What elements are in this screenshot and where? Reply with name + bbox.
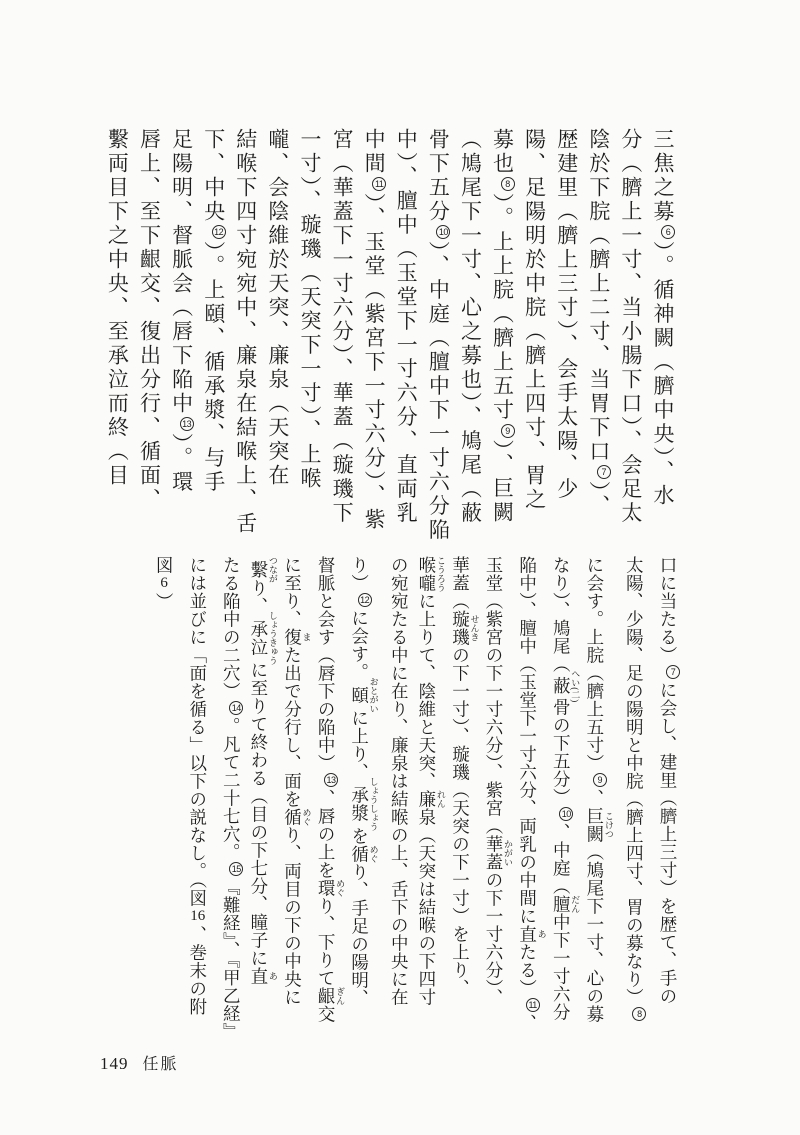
note-number-marker: 11 — [526, 998, 540, 1012]
text-run: 、 — [585, 789, 605, 807]
text-run: た出で分行し、面を — [282, 646, 302, 808]
text-run: たる） — [518, 943, 538, 997]
text-run: 中）、膻中（玉堂下一寸六分、直両乳 — [394, 128, 418, 526]
text-run: 中間 — [362, 128, 386, 176]
book-page: { "footer": { "page_number": "149", "cha… — [0, 0, 800, 1135]
text-run: に上りて、陰維と天突、 — [417, 592, 437, 790]
text-run: り、下りて — [316, 897, 336, 987]
note-number-marker: 7 — [597, 465, 611, 479]
note-number-marker: 15 — [229, 862, 243, 876]
text-column-12: 一寸）、璇璣（天突下一寸）、上喉 — [293, 128, 325, 558]
text-run: の下一寸六分）、 — [484, 871, 504, 1006]
text-run: り） — [350, 556, 370, 592]
text-column-2: 分（臍上一寸、当小腸下口）、会足太 — [614, 128, 646, 558]
text-column-8: 喉嚨こうろうに上りて、陰維と天突、廉れん泉（天突は結喉の下四寸 — [412, 556, 446, 1066]
ruby-annotated-text: 循めぐ — [350, 845, 370, 863]
text-column-12: に至り、復また出で分行し、面を循めぐり、両目の下の中央に — [278, 556, 312, 1066]
ruby-annotated-text: 璇璣せんき — [450, 610, 470, 646]
text-run: ）。上頤、循承漿、与手 — [202, 241, 226, 495]
text-run: 陽、足陽明於中脘（臍上四寸、胃之 — [523, 128, 547, 512]
ruby-annotated-text: 華蓋かがい — [484, 835, 504, 871]
ruby-annotated-text: 復ま — [282, 628, 302, 646]
text-run: （鳩尾下一寸、心の募 — [585, 843, 605, 1023]
kanbun-text-block: 三焦之募6）。循神闕（臍中央）、水分（臍上一寸、当小腸下口）、会足太陰於下脘（臍… — [100, 128, 678, 560]
text-run: に至りて終わる（目の下七分、瞳子に — [249, 661, 269, 967]
text-run: 宮（華蓋下一寸六分）、華蓋（璇璣下 — [330, 128, 354, 526]
text-run: 太陽、少陽、足の陽明と中脘（臍上四寸、胃の募なり） — [624, 556, 644, 1006]
text-column-10: り）12に会す。頤おとがいに上り、承漿しょうしょうを循めぐり、手足の陽明、 — [345, 556, 379, 1066]
chapter-title: 任脈 — [143, 1056, 179, 1073]
note-number-marker: 9 — [593, 773, 607, 787]
text-run: （鳩尾下一寸、心之募也）、鳩尾（蔽 — [458, 128, 482, 526]
note-number-marker: 9 — [501, 424, 515, 438]
text-run: 陥中）、膻中（玉堂下一寸六分、両乳の中間に — [518, 556, 538, 925]
note-number-marker: 6 — [661, 225, 675, 239]
text-run: 泉（天突は結喉の下四寸 — [417, 808, 437, 1006]
text-column-1: 口に当たる）7に会し、建里（臍上三寸）を歴て、手の — [647, 556, 681, 1066]
text-column-3: に会す。上脘（臍上五寸）9、巨闕こけつ（鳩尾下一寸、心の募 — [580, 556, 614, 1066]
note-number-marker: 14 — [229, 701, 243, 715]
note-number-marker: 12 — [358, 593, 372, 607]
text-run: 歴建里（臍上三寸）、会手太陽、少 — [555, 128, 579, 502]
text-run: 交 — [316, 1005, 336, 1023]
text-column-11: 督脈と会す（唇下の陥中）13、唇の上を環めぐり、下りて齦ぎん交 — [311, 556, 345, 1066]
text-run: に会す。上脘（臍上五寸） — [585, 556, 605, 772]
note-number-marker: 13 — [180, 417, 194, 431]
text-run: 、中庭（ — [551, 823, 571, 895]
text-column-7: （鳩尾下一寸、心之募也）、鳩尾（蔽 — [453, 128, 485, 558]
text-run: 玉堂（紫宮の下一寸六分）、紫宮（ — [484, 556, 504, 835]
text-column-9: の宛宛たる中に在り、廉泉は結喉の上、舌下の中央に在 — [379, 556, 413, 1066]
text-run: 骨の下五分） — [551, 698, 571, 806]
text-run: ）。環 — [170, 433, 194, 495]
text-run: 。凡て二十七穴。 — [221, 717, 241, 861]
text-run: ）、巨闕 — [491, 440, 515, 526]
text-run: 足陽明、督脈会（唇下陥中 — [170, 128, 194, 416]
note-number-marker: 13 — [324, 773, 338, 787]
text-run: 骨下五分 — [426, 128, 450, 224]
ruby-annotated-text: 繫つなが — [249, 556, 269, 579]
yomikudashi-text-block: 口に当たる）7に会し、建里（臍上三寸）を歴て、手の太陽、少陽、足の陽明と中脘（臍… — [143, 556, 681, 1068]
text-column-14: 結喉下四寸宛宛中、廉泉在結喉上、舌 — [229, 128, 261, 558]
text-column-16: 図6） — [144, 556, 178, 1066]
text-run: 唇上、至下齦交、復出分行、循面、 — [138, 128, 162, 512]
text-run: に会す。 — [350, 609, 370, 681]
note-number-marker: 10 — [436, 225, 450, 239]
text-column-13: 繫つながり、承泣しょうきゅうに至りて終わる（目の下七分、瞳子に直あ — [244, 556, 278, 1066]
text-run: 中下一寸六分 — [551, 913, 571, 1021]
note-number-marker: 11 — [372, 177, 386, 191]
ruby-annotated-text: 巨闕こけつ — [585, 807, 605, 843]
text-column-3: 陰於下脘（臍上二寸、当胃下口7）、 — [582, 128, 614, 558]
text-run: 陰於下脘（臍上二寸、当胃下口 — [587, 128, 611, 464]
text-column-6: 玉堂（紫宮の下一寸六分）、紫宮（華蓋かがいの下一寸六分）、 — [479, 556, 513, 1066]
page-footer: 149任脈 — [100, 1051, 179, 1074]
horizontal-number: 6 — [160, 575, 168, 592]
text-run: に上り、 — [350, 709, 370, 781]
text-run: 三焦之募 — [651, 128, 675, 224]
text-run: 口に当たる） — [658, 556, 678, 664]
text-run: の下一寸）、璇璣（天突の下一寸）を上り、 — [450, 646, 470, 997]
text-run: には並びに「面を循る」以下の説なし。（図 — [188, 556, 208, 907]
text-column-4: 歴建里（臍上三寸）、会手太陽、少 — [550, 128, 582, 558]
text-column-14: たる陥中の二穴）14。凡て二十七穴。15『難経』、『甲乙経』 — [211, 556, 245, 1066]
text-column-18: 繫両目下之中央、至承泣而終（目 — [100, 128, 132, 558]
ruby-annotated-text: 承漿しょうしょう — [350, 781, 370, 827]
note-number-marker: 8 — [632, 1007, 646, 1021]
note-number-marker: 10 — [559, 807, 573, 821]
text-run: 図 — [154, 556, 174, 574]
ruby-annotated-text: 齦ぎん — [316, 987, 336, 1005]
text-run: を — [350, 827, 370, 845]
text-column-15: 下、中央12）。上頤、循承漿、与手 — [197, 128, 229, 558]
text-run: 『難経』、『甲乙経』 — [221, 878, 241, 1041]
text-column-15: には並びに「面を循る」以下の説なし。（図16、巻末の附 — [177, 556, 211, 1066]
text-run: 分（臍上一寸、当小腸下口）、会足太 — [619, 128, 643, 526]
text-run: ） — [154, 593, 174, 611]
note-number-marker: 7 — [666, 665, 680, 679]
text-run: り、手足の陽明、 — [350, 863, 370, 1007]
text-column-11: 宮（華蓋下一寸六分）、華蓋（璇璣下 — [325, 128, 357, 558]
ruby-annotated-text: 直あ — [249, 967, 269, 985]
text-column-16: 足陽明、督脈会（唇下陥中13）。環 — [165, 128, 197, 558]
text-column-10: 中間11）、玉堂（紫宮下一寸六分）、紫 — [357, 128, 389, 558]
ruby-annotated-text: 直あ — [518, 925, 538, 943]
text-run: たる陥中の二穴） — [221, 556, 241, 700]
text-run: の宛宛たる中に在り、廉泉は結喉の上、舌下の中央に在 — [389, 556, 409, 1006]
text-run: 募也 — [491, 128, 515, 176]
text-column-9: 中）、膻中（玉堂下一寸六分、直両乳 — [389, 128, 421, 558]
text-run: 督脈と会す（唇下の陥中） — [316, 556, 336, 772]
text-column-4: なり）、鳩尾（蔽へい(二)骨の下五分）10、中庭（膻だん中下一寸六分 — [547, 556, 581, 1066]
text-column-17: 唇上、至下齦交、復出分行、循面、 — [132, 128, 164, 558]
text-run: 、巻末の附 — [188, 926, 208, 1016]
text-run: 嚨、会陰維於天突、廉泉（天突在 — [266, 128, 290, 488]
ruby-annotated-text: 喉嚨こうろう — [417, 556, 437, 592]
ruby-annotated-text: 膻だん — [551, 895, 571, 913]
text-column-2: 太陽、少陽、足の陽明と中脘（臍上四寸、胃の募なり）8 — [614, 556, 648, 1066]
ruby-annotated-text: 承泣しょうきゅう — [249, 615, 269, 661]
text-column-7: 華蓋（璇璣せんきの下一寸）、璇璣（天突の下一寸）を上り、 — [446, 556, 480, 1066]
text-column-1: 三焦之募6）。循神闕（臍中央）、水 — [646, 128, 678, 558]
text-column-13: 嚨、会陰維於天突、廉泉（天突在 — [261, 128, 293, 558]
note-number-marker: 8 — [501, 177, 515, 191]
ruby-annotated-text: 廉れん — [417, 790, 437, 808]
text-run: 結喉下四寸宛宛中、廉泉在結喉上、舌 — [234, 128, 258, 536]
text-column-6: 募也8）。上上脘（臍上五寸9）、巨闕 — [485, 128, 517, 558]
ruby-annotated-text: 環めぐ — [316, 879, 336, 897]
text-run: り、 — [249, 579, 269, 615]
text-run: 下、中央 — [202, 128, 226, 224]
text-run: ）。循神闕（臍中央）、水 — [651, 241, 675, 508]
text-run: 繫両目下之中央、至承泣而終（目 — [105, 128, 129, 488]
ruby-annotated-text: 循めぐ — [282, 808, 302, 826]
text-run: ）、 — [587, 481, 611, 519]
text-run: に至り、 — [282, 556, 302, 628]
text-run: ）、玉堂（紫宮下一寸六分）、紫 — [362, 193, 386, 532]
ruby-annotated-text: 頤おとがい — [350, 681, 370, 709]
text-run: なり）、鳩尾（ — [551, 556, 571, 673]
text-run: り、両目の下の中央に — [282, 826, 302, 1006]
page-number: 149 — [100, 1054, 129, 1073]
text-column-5: 陽、足陽明於中脘（臍上四寸、胃之 — [518, 128, 550, 558]
text-column-8: 骨下五分10）、中庭（膻中下一寸六分陥 — [421, 128, 453, 558]
ruby-annotated-text: 蔽へい(二) — [551, 673, 571, 698]
text-run: 、唇の上を — [316, 789, 336, 879]
text-run: 一寸）、璇璣（天突下一寸）、上喉 — [298, 128, 322, 491]
text-run: ）。上上脘（臍上五寸 — [491, 193, 515, 423]
text-run: 、 — [518, 1014, 538, 1032]
text-run: に会し、建里（臍上三寸）を歴て、手の — [658, 681, 678, 1005]
text-run: ）、中庭（膻中下一寸六分陥 — [426, 241, 450, 543]
text-column-5: 陥中）、膻中（玉堂下一寸六分、両乳の中間に直あたる）11、 — [513, 556, 547, 1066]
note-number-marker: 12 — [212, 225, 226, 239]
horizontal-number: 16 — [190, 908, 205, 925]
text-run: 華蓋（ — [450, 556, 470, 610]
